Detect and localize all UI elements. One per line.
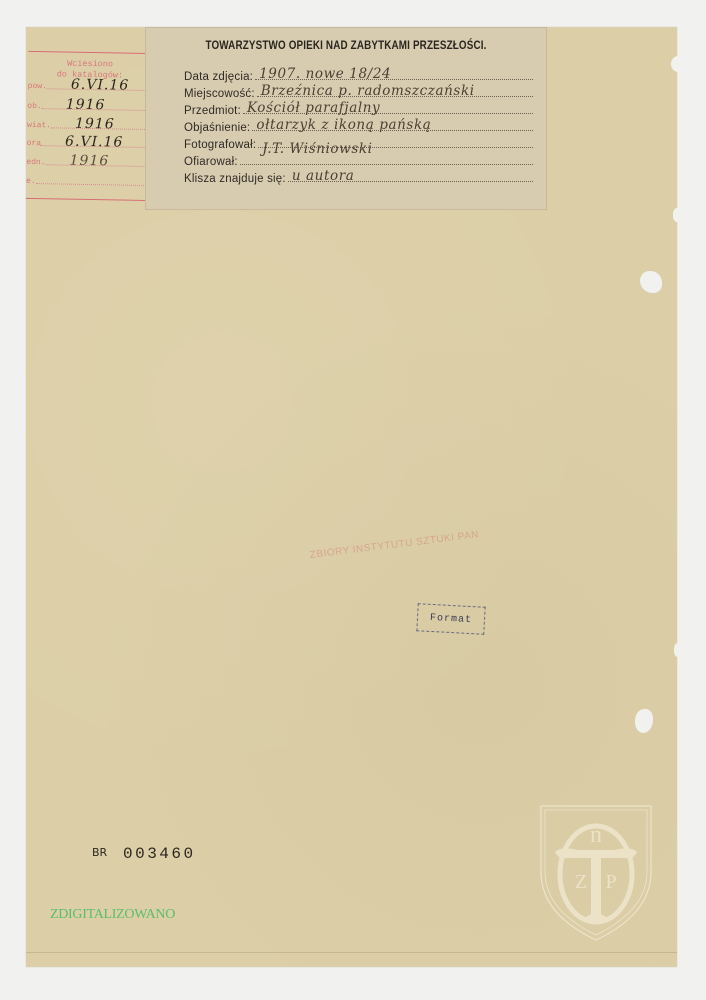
inventory-number: 003460 [123, 845, 196, 863]
torn-notch-lower [674, 643, 683, 657]
stamp-row-value: 6.VI.16 [71, 77, 130, 94]
stamp-row: pow. 6.VI.16 [28, 77, 146, 93]
field-location: Miejscowość: Brzeźnica p. radomszczański [184, 84, 533, 100]
format-stamp: Format [416, 603, 485, 635]
field-negative-location: Klisza znajduje się: u autora [184, 169, 533, 185]
digitized-stamp: ZDIGITALIZOWANO [50, 907, 175, 923]
punch-notch-top [671, 56, 685, 72]
catalog-stamp: Wciesiono do katalogów: pow. 6.VI.16 ob.… [26, 51, 154, 201]
field-date: Data zdjęcia: 1907. nowe 18/24 [184, 67, 533, 83]
field-description: Objaśnienie: ołtarzyk z ikoną pańską [184, 118, 533, 134]
inventory-prefix: BR [92, 846, 107, 859]
stamp-row-value: 1916 [69, 153, 109, 170]
field-subject: Przedmiot: Kościół parafjalny [184, 101, 533, 117]
field-value-description: ołtarzyk z ikoną pańską [256, 117, 431, 133]
svg-text:Z: Z [575, 871, 587, 893]
stamp-row: edn. 1916 [26, 153, 144, 169]
field-photographer: Fotografował: J.T. Wiśniowski [184, 135, 533, 151]
stamp-row-value: 6.VI.16 [65, 134, 124, 151]
stamp-row-value: 1916 [66, 97, 106, 114]
stamp-row: ob. 1916 [27, 97, 145, 113]
field-value-subject: Kościół parafjalny [247, 100, 380, 116]
society-title: TOWARZYSTWO OPIEKI NAD ZABYTKAMI PRZESZŁ… [181, 38, 511, 52]
torn-notch-right [673, 208, 683, 222]
stamp-row: ora 6.VI.16 [27, 134, 145, 150]
paper-fold-line [26, 952, 677, 953]
tonzp-emblem-icon: n Z P [537, 802, 655, 942]
stamp-row: wiat. 1916 [27, 116, 145, 132]
field-donor: Ofiarował: [184, 152, 533, 168]
photo-label-card: TOWARZYSTWO OPIEKI NAD ZABYTKAMI PRZESZŁ… [145, 27, 547, 210]
stamp-row: e. [26, 172, 144, 188]
field-value-negative-location: u autora [292, 168, 355, 184]
svg-text:n: n [590, 822, 602, 848]
svg-text:P: P [605, 871, 616, 893]
punch-hole-upper [640, 271, 662, 293]
field-value-date: 1907. nowe 18/24 [259, 66, 391, 82]
stamp-row-value: 1916 [75, 116, 115, 133]
field-value-location: Brzeźnica p. radomszczański [261, 83, 475, 99]
